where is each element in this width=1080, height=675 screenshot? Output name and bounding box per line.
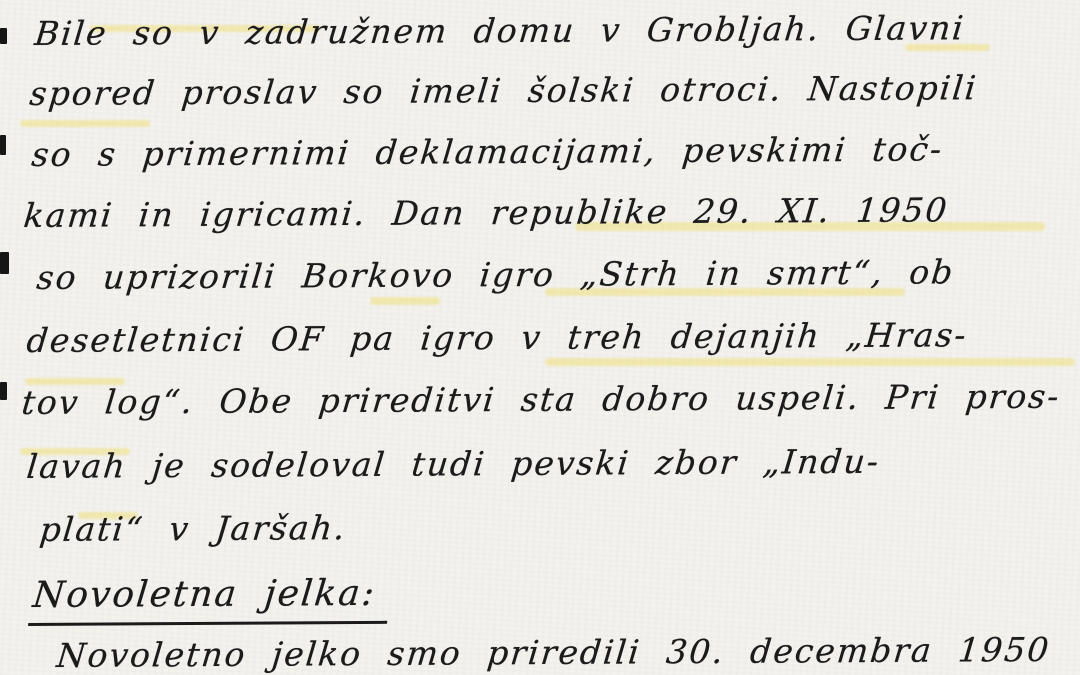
handwriting-line-7: tov log“. Obe prireditvi sta dobro uspel… — [20, 377, 1062, 422]
scan-edge-artifact — [0, 252, 9, 274]
handwriting-line-3: so s primernimi deklamacijami, pevskimi … — [30, 129, 945, 174]
scan-edge-artifact — [0, 28, 7, 44]
handwriting-line-4: kami in igricami. Dan republike 29. XI. … — [22, 190, 950, 235]
handwriting-line-5: so uprizorili Borkovo igro „Strh in smrt… — [35, 252, 956, 297]
highlighter-mark — [545, 358, 1075, 366]
scanned-document-page: Bile so v zadružnem domu v Grobljah. Gla… — [0, 0, 1080, 675]
handwriting-line-8: lavah je sodeloval tudi pevski zbor „Ind… — [25, 442, 882, 486]
handwriting-line-1: Bile so v zadružnem domu v Grobljah. Gla… — [33, 8, 967, 53]
scan-edge-artifact — [0, 382, 7, 400]
highlighter-mark — [370, 297, 440, 305]
highlighter-mark — [20, 120, 150, 127]
handwriting-line-6: desetletnici OF pa igro v treh dejanjih … — [25, 315, 970, 360]
handwriting-line-9: plati“ v Jaršah. — [38, 508, 349, 549]
handwriting-line-11: Novoletno jelko smo priredili 30. decemb… — [55, 630, 1052, 675]
handwriting-line-2: spored proslav so imeli šolski otroci. N… — [28, 68, 980, 113]
handwriting-heading-novoletna-jelka: Novoletna jelka: — [28, 573, 392, 626]
scan-edge-artifact — [0, 135, 6, 155]
